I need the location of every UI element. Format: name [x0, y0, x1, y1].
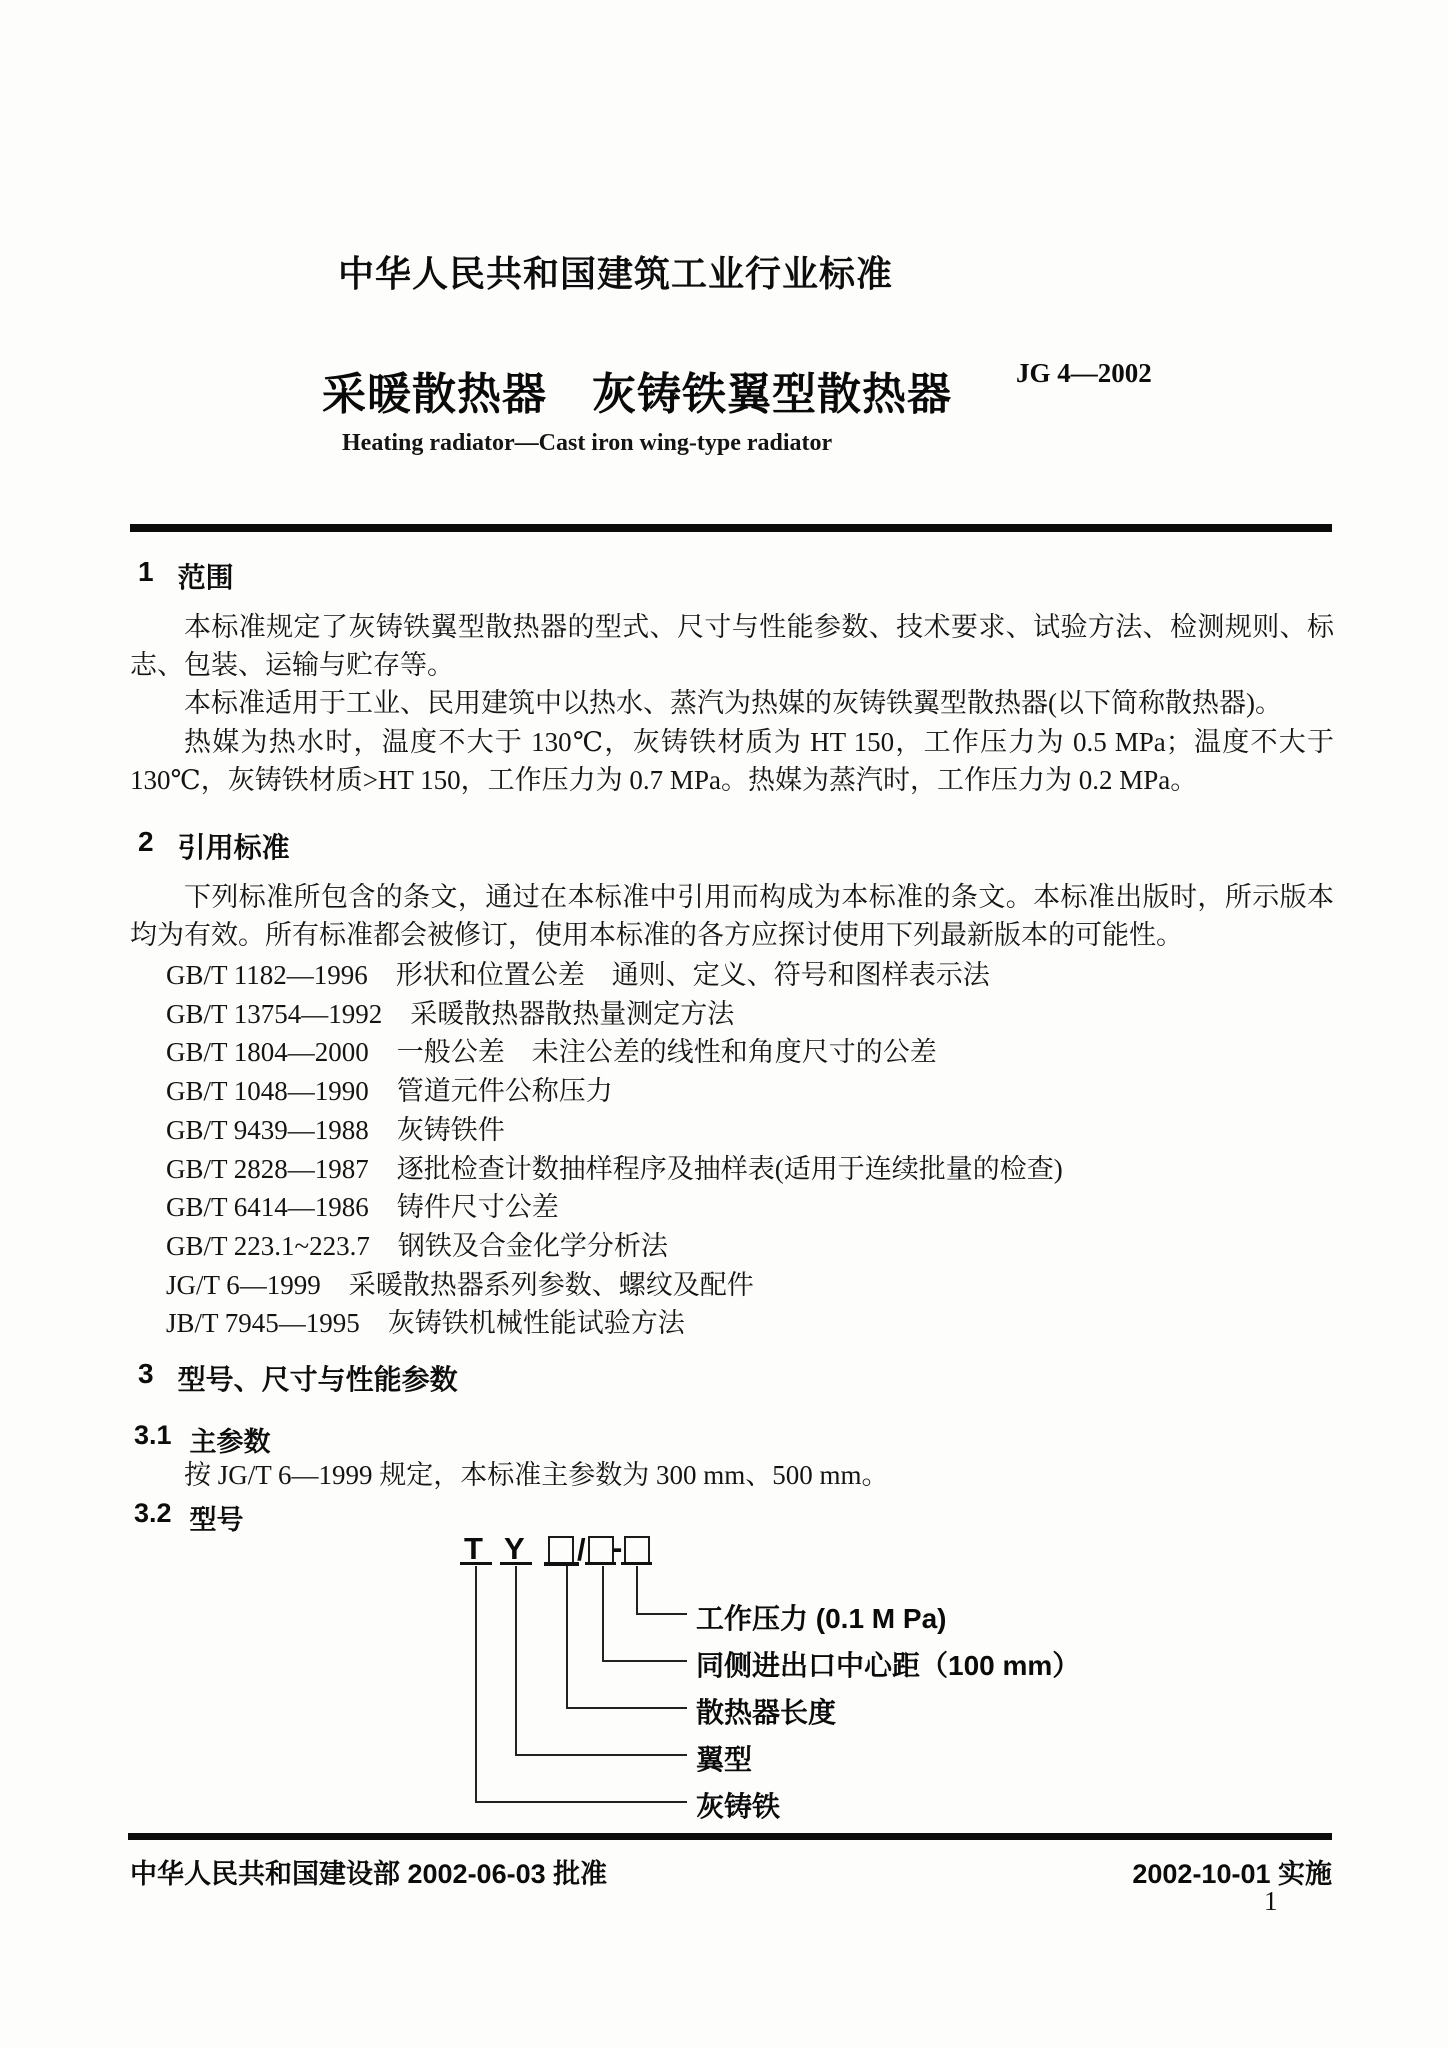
section-3-1-number: 3.1 — [134, 1420, 172, 1459]
reference-list: GB/T 1182—1996形状和位置公差 通则、定义、符号和图样表示法 GB/… — [166, 956, 1063, 1343]
section-3-2-title: 型号 — [190, 1498, 244, 1537]
reference-item: GB/T 13754—1992采暖散热器散热量测定方法 — [166, 995, 1063, 1034]
reference-title: 采暖散热器系列参数、螺纹及配件 — [349, 1270, 754, 1300]
section-3-1-title: 主参数 — [190, 1420, 271, 1459]
standard-code: JG 4—2002 — [1016, 358, 1152, 389]
reference-code: GB/T 223.1~223.7 — [166, 1231, 370, 1261]
section-1-body: 本标准规定了灰铸铁翼型散热器的型式、尺寸与性能参数、技术要求、试验方法、检测规则… — [130, 608, 1334, 799]
diagram-connector-wing — [515, 1754, 687, 1756]
section-1-title: 范围 — [178, 556, 234, 596]
underline-t — [460, 1562, 492, 1565]
section-3-number: 3 — [138, 1358, 154, 1398]
section-3-2-number: 3.2 — [134, 1498, 172, 1537]
reference-item: GB/T 9439—1988灰铸铁件 — [166, 1111, 1063, 1150]
section-3-1-heading: 3.1 主参数 — [134, 1420, 271, 1459]
model-letter-t: T — [464, 1533, 483, 1564]
underline-box-pressure — [621, 1562, 652, 1565]
diagram-stem-pressure — [636, 1566, 638, 1615]
diagram-connector-cast-iron — [475, 1801, 687, 1803]
section-1-number: 1 — [138, 556, 154, 596]
document-title-cn: 采暖散热器 灰铸铁翼型散热器 — [322, 358, 952, 422]
reference-title: 一般公差 未注公差的线性和角度尺寸的公差 — [397, 1037, 937, 1067]
reference-code: GB/T 1804—2000 — [166, 1037, 369, 1067]
underline-box-center-distance — [585, 1562, 616, 1565]
section-1-heading: 1 范围 — [138, 556, 234, 596]
reference-code: GB/T 9439—1988 — [166, 1115, 369, 1145]
reference-item: JG/T 6—1999采暖散热器系列参数、螺纹及配件 — [166, 1266, 1063, 1305]
reference-code: GB/T 1182—1996 — [166, 960, 368, 990]
reference-item: JB/T 7945—1995灰铸铁机械性能试验方法 — [166, 1304, 1063, 1343]
reference-code: GB/T 1048—1990 — [166, 1076, 369, 1106]
reference-item: GB/T 223.1~223.7钢铁及合金化学分析法 — [166, 1227, 1063, 1266]
diagram-label-center-distance: 同侧进出口中心距（100 mm） — [696, 1644, 1080, 1684]
model-letter-y: Y — [504, 1533, 525, 1564]
diagram-stem-center-distance — [602, 1566, 604, 1662]
model-box-pressure — [624, 1536, 650, 1565]
diagram-stem-y — [515, 1566, 517, 1756]
reference-title: 灰铸铁机械性能试验方法 — [388, 1308, 685, 1338]
reference-title: 铸件尺寸公差 — [397, 1192, 559, 1222]
footer-implementation: 2002-10-01 实施 — [1132, 1852, 1332, 1891]
section-2-intro: 下列标准所包含的条文，通过在本标准中引用而构成为本标准的条文。本标准出版时，所示… — [130, 878, 1334, 954]
header-rule — [130, 524, 1332, 532]
diagram-connector-pressure — [636, 1613, 687, 1615]
paragraph: 下列标准所包含的条文，通过在本标准中引用而构成为本标准的条文。本标准出版时，所示… — [130, 878, 1334, 954]
model-box-center-distance — [588, 1536, 614, 1565]
footer-approval: 中华人民共和国建设部 2002-06-03 批准 — [130, 1852, 607, 1891]
diagram-label-radiator-length: 散热器长度 — [696, 1691, 836, 1731]
section-3-1-body: 按 JG/T 6—1999 规定，本标准主参数为 300 mm、500 mm。 — [130, 1456, 1334, 1494]
paragraph: 本标准规定了灰铸铁翼型散热器的型式、尺寸与性能参数、技术要求、试验方法、检测规则… — [130, 608, 1334, 684]
model-separator-slash: / — [577, 1534, 586, 1565]
reference-item: GB/T 1182—1996形状和位置公差 通则、定义、符号和图样表示法 — [166, 956, 1063, 995]
underline-box-length — [544, 1562, 579, 1566]
reference-title: 采暖散热器散热量测定方法 — [410, 999, 734, 1029]
section-2-title: 引用标准 — [178, 826, 290, 866]
section-3-2-heading: 3.2 型号 — [134, 1498, 244, 1537]
reference-code: GB/T 13754—1992 — [166, 999, 382, 1029]
underline-y — [500, 1562, 532, 1565]
section-2-number: 2 — [138, 826, 154, 866]
reference-item: GB/T 6414—1986铸件尺寸公差 — [166, 1188, 1063, 1227]
model-separator-hyphen: - — [612, 1532, 622, 1563]
reference-title: 逐批检查计数抽样程序及抽样表(适用于连续批量的检查) — [397, 1154, 1063, 1184]
diagram-connector-center-distance — [602, 1660, 687, 1662]
diagram-stem-t — [475, 1566, 477, 1803]
reference-title: 形状和位置公差 通则、定义、符号和图样表示法 — [396, 960, 990, 990]
paragraph: 本标准适用于工业、民用建筑中以热水、蒸汽为热媒的灰铸铁翼型散热器(以下简称散热器… — [130, 684, 1334, 722]
document-page: 中华人民共和国建筑工业行业标准 采暖散热器 灰铸铁翼型散热器 JG 4—2002… — [0, 0, 1448, 2048]
reference-code: GB/T 2828—1987 — [166, 1154, 369, 1184]
reference-title: 灰铸铁件 — [397, 1115, 505, 1145]
reference-item: GB/T 1048—1990管道元件公称压力 — [166, 1072, 1063, 1111]
page-number: 1 — [1264, 1886, 1278, 1917]
reference-title: 钢铁及合金化学分析法 — [398, 1231, 668, 1261]
diagram-label-working-pressure: 工作压力 (0.1 M Pa) — [696, 1597, 946, 1637]
reference-code: JB/T 7945—1995 — [166, 1308, 360, 1338]
reference-code: JG/T 6—1999 — [166, 1270, 321, 1300]
section-3-heading: 3 型号、尺寸与性能参数 — [138, 1358, 458, 1398]
footer-rule — [128, 1833, 1332, 1840]
standard-class-title: 中华人民共和国建筑工业行业标准 — [338, 246, 893, 297]
reference-code: GB/T 6414—1986 — [166, 1192, 369, 1222]
reference-title: 管道元件公称压力 — [397, 1076, 613, 1106]
diagram-connector-length — [566, 1707, 687, 1709]
diagram-label-wing-type: 翼型 — [696, 1738, 752, 1778]
paragraph: 热媒为热水时，温度不大于 130℃，灰铸铁材质为 HT 150，工作压力为 0.… — [130, 723, 1334, 799]
reference-item: GB/T 2828—1987逐批检查计数抽样程序及抽样表(适用于连续批量的检查) — [166, 1150, 1063, 1189]
section-2-heading: 2 引用标准 — [138, 826, 290, 866]
section-3-title: 型号、尺寸与性能参数 — [178, 1358, 458, 1398]
document-title-en: Heating radiator—Cast iron wing-type rad… — [342, 430, 832, 457]
diagram-stem-length — [566, 1566, 568, 1709]
reference-item: GB/T 1804—2000一般公差 未注公差的线性和角度尺寸的公差 — [166, 1033, 1063, 1072]
model-box-length — [548, 1536, 574, 1565]
diagram-label-gray-cast-iron: 灰铸铁 — [696, 1785, 780, 1825]
